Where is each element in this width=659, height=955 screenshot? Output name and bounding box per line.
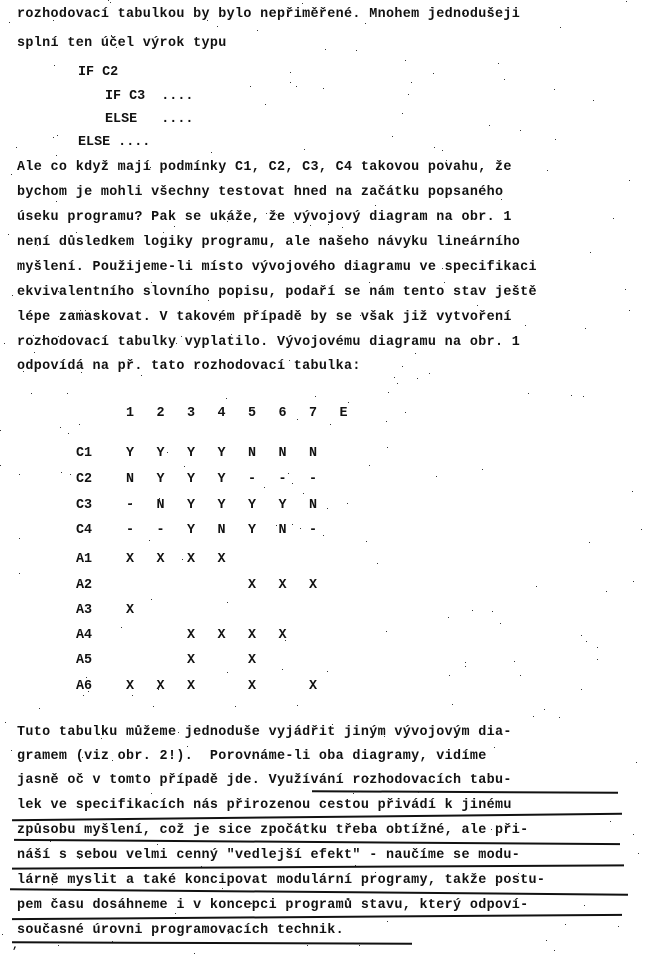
condition-entry: - <box>242 470 262 490</box>
condition-entry: Y <box>120 444 140 464</box>
action-entry: X <box>151 550 171 570</box>
condition-entry: - <box>303 521 323 541</box>
condition-entry: N <box>273 444 293 464</box>
condition-entry: - <box>151 521 171 541</box>
condition-entry: N <box>303 496 323 516</box>
code-line: IF C3 .... <box>105 87 193 107</box>
text-line: odpovídá na př. tato rozhodovací tabulka… <box>17 357 361 377</box>
condition-entry: Y <box>181 521 201 541</box>
scanned-page: rozhodovací tabulkou by bylo nepřiměřené… <box>0 0 659 955</box>
condition-entry: Y <box>242 496 262 516</box>
column-header: 7 <box>303 404 323 424</box>
condition-label: C4 <box>76 521 106 541</box>
action-entry: X <box>303 677 323 697</box>
condition-entry: Y <box>181 444 201 464</box>
action-entry: X <box>303 576 323 596</box>
condition-entry: - <box>303 470 323 490</box>
condition-entry: N <box>212 521 232 541</box>
text-line: lek ve specifikacích nás přirozenou cest… <box>17 796 512 816</box>
text-line: způsobu myšlení, což je sice zpočátku tř… <box>17 821 529 841</box>
action-entry: X <box>151 677 171 697</box>
column-header: 1 <box>120 404 140 424</box>
text-line: jasně oč v tomto případě jde. Využívání … <box>17 771 512 791</box>
action-label: A1 <box>76 550 106 570</box>
action-label: A5 <box>76 651 106 671</box>
text-line: bychom je mohli všechny testovat hned na… <box>17 183 503 203</box>
condition-entry: Y <box>212 496 232 516</box>
text-line: lépe zamaskovat. V takovém případě by se… <box>17 308 512 328</box>
condition-entry: Y <box>273 496 293 516</box>
action-entry: X <box>273 576 293 596</box>
column-header: 6 <box>273 404 293 424</box>
margin-mark: , <box>12 936 19 955</box>
condition-entry: Y <box>212 470 232 490</box>
text-line: rozhodovací tabulky vyplatilo. Vývojovém… <box>17 333 520 353</box>
underline-mark <box>312 790 618 794</box>
condition-entry: - <box>120 521 140 541</box>
column-header: 4 <box>212 404 232 424</box>
column-header: 2 <box>151 404 171 424</box>
condition-label: C1 <box>76 444 106 464</box>
underline-mark <box>12 941 412 944</box>
action-label: A6 <box>76 677 106 697</box>
condition-entry: N <box>273 521 293 541</box>
condition-entry: - <box>120 496 140 516</box>
text-line: Ale co když mají podmínky C1, C2, C3, C4… <box>17 158 512 178</box>
action-entry: X <box>181 550 201 570</box>
text-line: Tuto tabulku můžeme jednoduše vyjádřit j… <box>17 723 512 743</box>
condition-entry: N <box>120 470 140 490</box>
condition-entry: N <box>242 444 262 464</box>
code-line: ELSE .... <box>105 110 193 130</box>
condition-entry: Y <box>181 496 201 516</box>
intro-line: splní ten účel výrok typu <box>17 34 227 54</box>
action-entry: X <box>181 677 201 697</box>
action-entry: X <box>242 651 262 671</box>
condition-entry: Y <box>242 521 262 541</box>
action-entry: X <box>120 601 140 621</box>
code-line: ELSE .... <box>78 133 150 153</box>
action-entry: X <box>212 626 232 646</box>
condition-entry: Y <box>181 470 201 490</box>
text-line: náší s sebou velmi cenný "vedlejší efekt… <box>17 846 520 866</box>
action-entry: X <box>120 550 140 570</box>
action-entry: X <box>242 677 262 697</box>
column-header: 5 <box>242 404 262 424</box>
action-label: A3 <box>76 601 106 621</box>
condition-entry: Y <box>151 470 171 490</box>
action-entry: X <box>242 576 262 596</box>
text-line: pem času dosáhneme i v koncepci programů… <box>17 896 529 916</box>
action-label: A4 <box>76 626 106 646</box>
text-line: současné úrovni programovacích technik. <box>17 921 344 941</box>
action-entry: X <box>273 626 293 646</box>
condition-label: C3 <box>76 496 106 516</box>
condition-entry: - <box>273 470 293 490</box>
intro-line: rozhodovací tabulkou by bylo nepřiměřené… <box>17 5 520 25</box>
condition-entry: N <box>151 496 171 516</box>
action-entry: X <box>212 550 232 570</box>
text-line: myšlení. Použijeme-li místo vývojového d… <box>17 258 537 278</box>
column-header: 3 <box>181 404 201 424</box>
action-entry: X <box>181 651 201 671</box>
condition-entry: N <box>303 444 323 464</box>
code-line: IF C2 <box>78 63 118 83</box>
action-entry: X <box>181 626 201 646</box>
condition-entry: Y <box>151 444 171 464</box>
condition-label: C2 <box>76 470 106 490</box>
text-line: lárně myslit a také koncipovat modulární… <box>17 871 545 891</box>
column-header: E <box>334 404 354 424</box>
text-line: gramem (viz obr. 2!). Porovnáme-li oba d… <box>17 747 487 767</box>
action-label: A2 <box>76 576 106 596</box>
text-line: úseku programu? Pak se ukáže, že vývojov… <box>17 208 512 228</box>
condition-entry: Y <box>212 444 232 464</box>
action-entry: X <box>120 677 140 697</box>
text-line: není důsledkem logiky programu, ale naše… <box>17 233 520 253</box>
action-entry: X <box>242 626 262 646</box>
text-line: ekvivalentního slovního popisu, podaří s… <box>17 283 537 303</box>
